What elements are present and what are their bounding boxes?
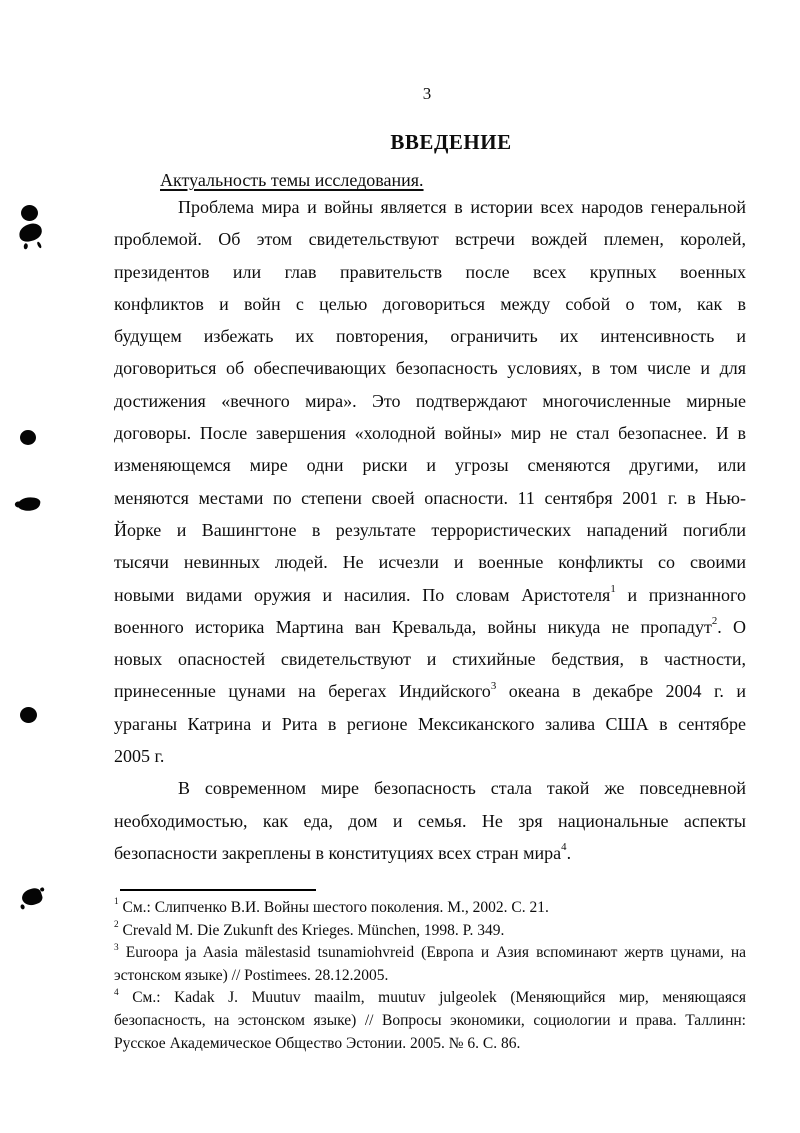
document-page: 3 ВВЕДЕНИЕ Актуальность темы исследовани… xyxy=(0,0,800,1133)
text-line: безопасность, на эстонском языке) // Воп… xyxy=(114,1010,746,1033)
text-line: безопасности закреплены в конституциях в… xyxy=(114,837,746,869)
text-line: В современном мире безопасность стала та… xyxy=(114,772,746,804)
footnote-ref: 2 xyxy=(712,615,717,627)
text-line: военного историка Мартина ван Кревальда,… xyxy=(114,611,746,643)
ink-blot-artifact xyxy=(17,496,41,513)
text-line: президентов или глав правительств после … xyxy=(114,256,746,288)
text-line: 2 Crevald M. Die Zukunft des Krieges. Mü… xyxy=(114,920,746,943)
text-line: новыми видами оружия и насилия. По слова… xyxy=(114,579,746,611)
ink-blot-artifact xyxy=(20,886,44,907)
text-line: новых опасностей свидетельствуют и стихи… xyxy=(114,643,746,675)
ink-dot-artifact xyxy=(20,430,36,445)
footnote-ref: 1 xyxy=(610,583,615,595)
text-line: конфликтов и войн с целью договориться м… xyxy=(114,288,746,320)
section-heading: Актуальность темы исследования. xyxy=(114,170,746,191)
footnote-ref: 4 xyxy=(561,841,566,853)
chapter-title: ВВЕДЕНИЕ xyxy=(0,130,800,155)
text-line: договоры. После завершения «холодной вой… xyxy=(114,417,746,449)
body-text: Проблема мира и войны является в истории… xyxy=(114,191,746,869)
footnote-ref: 3 xyxy=(114,943,119,953)
text-line: договориться об обеспечивающих безопасно… xyxy=(114,352,746,384)
ink-blot-artifact xyxy=(17,222,43,243)
text-line: тысячи невинных людей. Не исчезли и воен… xyxy=(114,546,746,578)
ink-dot-artifact xyxy=(21,205,38,221)
ink-dot-artifact xyxy=(20,707,37,723)
text-line: 1 См.: Слипченко В.И. Войны шестого поко… xyxy=(114,897,746,920)
text-line: будущем избежать их повторения, ограничи… xyxy=(114,320,746,352)
text-line: Проблема мира и войны является в истории… xyxy=(114,191,746,223)
text-line: 2005 г. xyxy=(114,740,746,772)
text-line: Йорке и Вашингтоне в результате террорис… xyxy=(114,514,746,546)
text-line: Русское Академическое Общество Эстонии. … xyxy=(114,1033,746,1056)
footnote-ref: 4 xyxy=(114,988,119,998)
text-line: достижения «вечного мира». Это подтвержд… xyxy=(114,385,746,417)
text-line: 4 См.: Kadak J. Muutuv maailm, muutuv ju… xyxy=(114,987,746,1010)
text-line: изменяющемся мире одни риски и угрозы см… xyxy=(114,449,746,481)
section-heading-text: Актуальность темы исследования. xyxy=(160,170,424,190)
footnote-ref: 2 xyxy=(114,920,119,930)
footnotes-text: 1 См.: Слипченко В.И. Войны шестого поко… xyxy=(114,897,746,1055)
text-line: необходимостью, как еда, дом и семья. Не… xyxy=(114,805,746,837)
footnote-separator xyxy=(120,889,316,891)
text-line: меняются местами по степени своей опасно… xyxy=(114,482,746,514)
footnote-ref: 3 xyxy=(491,680,496,692)
text-line: 3 Euroopa ja Aasia mälestasid tsunamiohv… xyxy=(114,942,746,965)
text-line: проблемой. Об этом свидетельствуют встре… xyxy=(114,223,746,255)
footnote-ref: 1 xyxy=(114,897,119,907)
text-line: эстонском языке) // Postimees. 28.12.200… xyxy=(114,965,746,988)
page-number: 3 xyxy=(0,84,800,104)
text-line: ураганы Катрина и Рита в регионе Мексика… xyxy=(114,708,746,740)
text-line: принесенные цунами на берегах Индийского… xyxy=(114,675,746,707)
